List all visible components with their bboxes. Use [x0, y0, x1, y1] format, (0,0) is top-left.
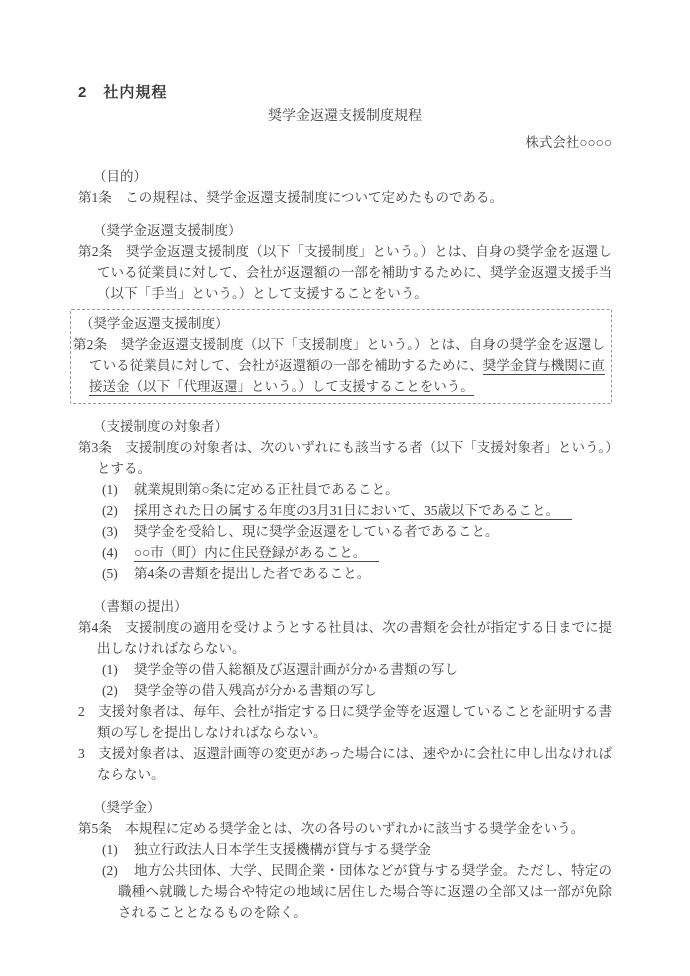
- article-paragraph: 第2条 奨学金返還支援制度（以下「支援制度」という。）とは、自身の奨学金を返還し…: [73, 334, 605, 397]
- text-segment: 第4条の書類を提出した者であること。: [134, 566, 370, 581]
- list-item: (1)就業規則第○条に定める正社員であること。: [78, 479, 612, 500]
- text-segment: 第3条 支援制度の対象者は、次のいずれにも該当する者（以下「支援対象者」という。…: [78, 440, 612, 476]
- item-number: (2): [102, 680, 119, 701]
- article-paragraph: 2 支援対象者は、毎年、会社が指定する日に奨学金等を返還していることを証明する書…: [78, 701, 612, 743]
- list-item: (4)○○市（町）内に住民登録があること。: [78, 542, 612, 563]
- page-heading: 2 社内規程: [78, 84, 612, 102]
- text-segment: 奨学金等の借入総額及び返還計画が分かる書類の写し: [134, 662, 458, 677]
- item-number: (2): [102, 500, 119, 521]
- text-segment: 地方公共団体、大学、民間企業・団体などが貸与する奨学金。ただし、特定の職種へ就職…: [118, 863, 612, 920]
- list-item: (3)奨学金を受給し、現に奨学金返還をしている者であること。: [78, 521, 612, 542]
- item-number: (1): [102, 839, 119, 860]
- list-item: (5)第4条の書類を提出した者であること。: [78, 563, 612, 584]
- list-item: (1)独立行政法人日本学生支援機構が貸与する奨学金: [78, 839, 612, 860]
- item-number: (5): [102, 563, 119, 584]
- article-paragraph: 第1条 この規程は、奨学金返還支援制度について定めたものである。: [78, 187, 612, 208]
- document-title: 奨学金返還支援制度規程: [78, 106, 612, 127]
- list-item: (1)奨学金等の借入総額及び返還計画が分かる書類の写し: [78, 659, 612, 680]
- document-body: （目的）第1条 この規程は、奨学金返還支援制度について定めたものである。（奨学金…: [78, 166, 612, 923]
- article-paragraph: 第2条 奨学金返還支援制度（以下「支援制度」という。）とは、自身の奨学金を返還し…: [78, 241, 612, 304]
- article-paragraph: 第3条 支援制度の対象者は、次のいずれにも該当する者（以下「支援対象者」という。…: [78, 437, 612, 479]
- section-label: （支援制度の対象者）: [78, 416, 612, 437]
- text-segment: 奨学金を受給し、現に奨学金返還をしている者であること。: [134, 524, 499, 539]
- list-item: (2)奨学金等の借入残高が分かる書類の写し: [78, 680, 612, 701]
- text-segment: 奨学金等の借入残高が分かる書類の写し: [134, 683, 377, 698]
- document-page: 2 社内規程 奨学金返還支援制度規程 株式会社○○○○ （目的）第1条 この規程…: [0, 0, 690, 976]
- underlined-text: 採用された日の属する年度の3月31日において、35歳以下であること。: [134, 503, 572, 520]
- text-segment: 第1条 この規程は、奨学金返還支援制度について定めたものである。: [78, 190, 503, 205]
- list-item: (2)採用された日の属する年度の3月31日において、35歳以下であること。: [78, 500, 612, 521]
- item-number: (1): [102, 659, 119, 680]
- section-label: （目的）: [78, 166, 612, 187]
- company-name: 株式会社○○○○: [78, 132, 612, 153]
- item-number: (1): [102, 479, 119, 500]
- underlined-text: ○○市（町）内に住民登録があること。: [134, 545, 379, 562]
- text-segment: 第2条 奨学金返還支援制度（以下「支援制度」という。）とは、自身の奨学金を返還し…: [78, 244, 612, 301]
- article-paragraph: 第5条 本規程に定める奨学金とは、次の各号のいずれかに該当する奨学金をいう。: [78, 818, 612, 839]
- article-paragraph: 3 支援対象者は、返還計画等の変更があった場合には、速やかに会社に申し出なければ…: [78, 743, 612, 785]
- text-segment: 就業規則第○条に定める正社員であること。: [134, 482, 399, 497]
- text-segment: 第5条 本規程に定める奨学金とは、次の各号のいずれかに該当する奨学金をいう。: [78, 821, 584, 836]
- section-label: （奨学金返還支援制度）: [78, 220, 612, 241]
- item-number: (4): [102, 542, 119, 563]
- section-label: （奨学金返還支援制度）: [73, 313, 605, 334]
- article-paragraph: 第4条 支援制度の適用を受けようとする社員は、次の書類を会社が指定する日までに提…: [78, 617, 612, 659]
- text-segment: 独立行政法人日本学生支援機構が貸与する奨学金: [134, 842, 431, 857]
- text-segment: 第4条 支援制度の適用を受けようとする社員は、次の書類を会社が指定する日までに提…: [78, 620, 612, 656]
- item-number: (2): [102, 860, 119, 881]
- item-number: (3): [102, 521, 119, 542]
- text-segment: 3 支援対象者は、返還計画等の変更があった場合には、速やかに会社に申し出なければ…: [78, 746, 612, 782]
- section-label: （書類の提出）: [78, 596, 612, 617]
- revision-dashed-box: （奨学金返還支援制度）第2条 奨学金返還支援制度（以下「支援制度」という。）とは…: [70, 309, 612, 404]
- text-segment: 2 支援対象者は、毎年、会社が指定する日に奨学金等を返還していることを証明する書…: [78, 704, 612, 740]
- list-item: (2)地方公共団体、大学、民間企業・団体などが貸与する奨学金。ただし、特定の職種…: [78, 860, 612, 923]
- section-label: （奨学金）: [78, 797, 612, 818]
